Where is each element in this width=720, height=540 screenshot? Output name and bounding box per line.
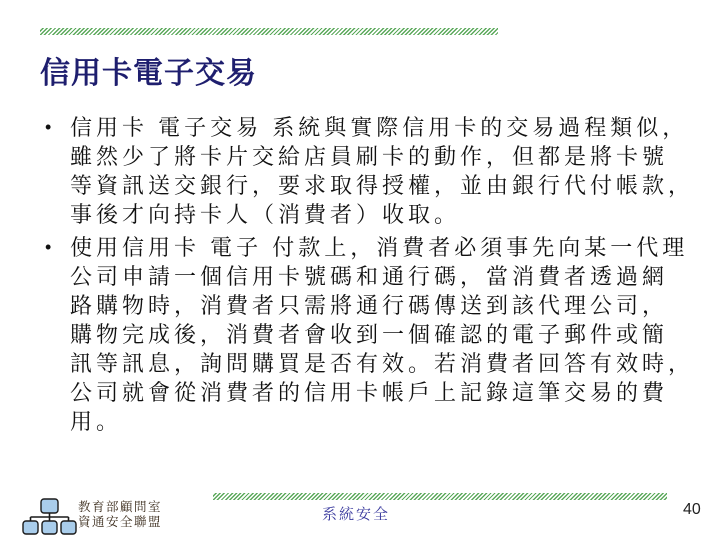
top-divider-hatch [40,28,498,35]
bullet-list: • 信用卡 電子交易 系統與實際信用卡的交易過程類似， 雖然少了將卡片交給店員刷… [45,113,705,436]
list-item: • 信用卡 電子交易 系統與實際信用卡的交易過程類似， 雖然少了將卡片交給店員刷… [45,113,705,229]
bullet-icon: • [45,233,70,262]
organization-line1: 教育部顧問室 [78,500,162,515]
bullet-icon: • [45,113,70,142]
page-title: 信用卡電子交易 [40,48,257,92]
list-item: • 使用信用卡 電子 付款上，消費者必須事先向某一代理 公司申請一個信用卡號碼和… [45,233,705,436]
slide: 信用卡電子交易 • 信用卡 電子交易 系統與實際信用卡的交易過程類似， 雖然少了… [0,0,720,540]
footer-section-label: 系統安全 [322,503,390,524]
bullet-text: 信用卡 電子交易 系統與實際信用卡的交易過程類似， 雖然少了將卡片交給店員刷卡的… [70,113,705,229]
organization-label: 教育部顧問室 資通安全聯盟 [78,500,162,530]
footer-divider-hatch [213,493,667,500]
page-number: 40 [683,501,701,519]
network-nodes-icon [20,496,78,538]
bullet-text: 使用信用卡 電子 付款上，消費者必須事先向某一代理 公司申請一個信用卡號碼和通行… [70,233,705,436]
organization-line2: 資通安全聯盟 [78,515,162,530]
